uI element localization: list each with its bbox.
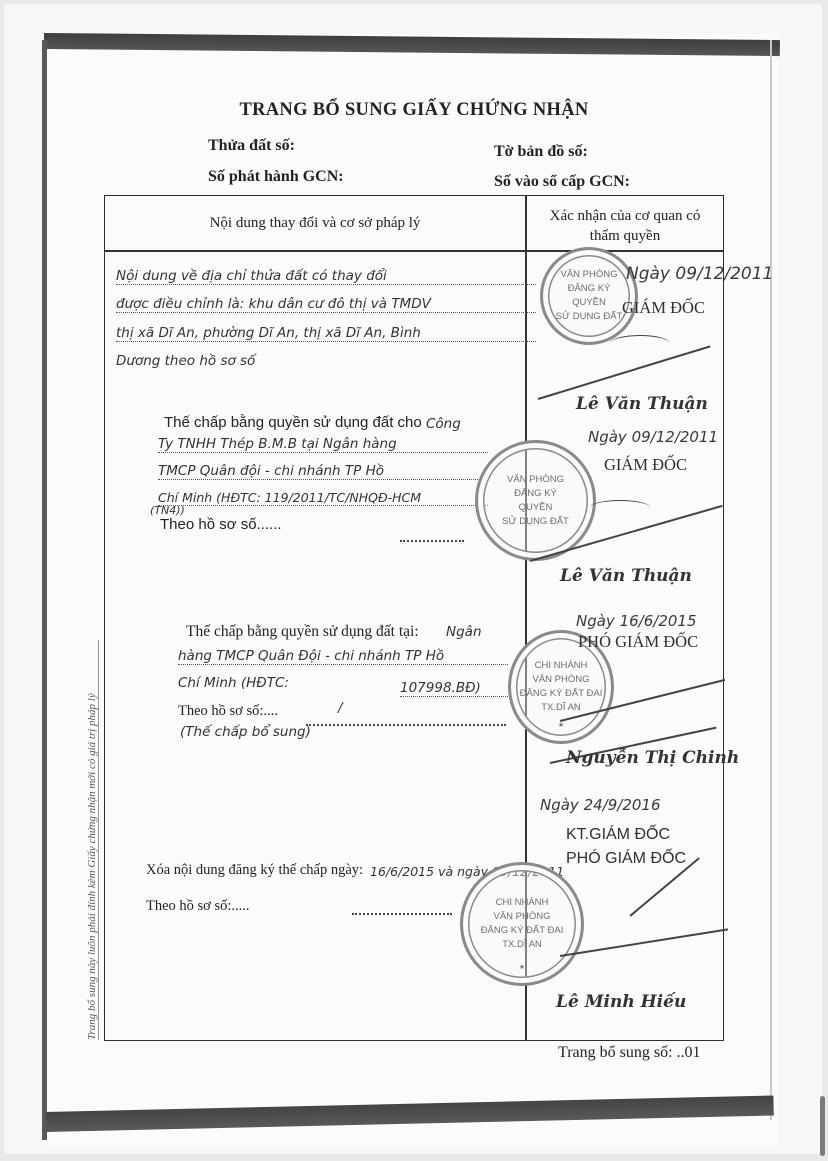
col-header-authority-line2: thẩm quyền xyxy=(527,226,723,246)
page-edge-left xyxy=(42,40,47,1140)
entry-4-signer: Lê Minh Hiếu xyxy=(556,992,686,1012)
entry-1-stamp-line: VĂN PHÒNG xyxy=(560,268,617,282)
entry-1-signature xyxy=(610,335,670,352)
field-to-ban-do-so: Tờ bản đồ số: xyxy=(494,143,588,161)
entry-1-line-2: được điều chỉnh là: khu dân cư đô thị và… xyxy=(116,296,536,313)
entry-3-theo-ho-so: Theo hồ sơ số:.... xyxy=(178,703,278,720)
scrollbar[interactable] xyxy=(820,1096,825,1156)
entry-3-title: PHÓ GIÁM ĐỐC xyxy=(578,632,698,652)
entry-2-signature xyxy=(590,500,650,515)
entry-1-line-3: thị xã Dĩ An, phường Dĩ An, thị xã Dĩ An… xyxy=(116,325,536,342)
entry-2-stamp-line: ĐĂNG KÝ xyxy=(514,487,557,501)
entry-2-line-1: Công xyxy=(426,416,461,432)
entry-1-signer: Lê Văn Thuận xyxy=(576,394,708,414)
entry-3-signer: Nguyễn Thị Chinh xyxy=(566,748,739,768)
entry-4-title-line2: PHÓ GIÁM ĐỐC xyxy=(566,850,686,868)
field-so-vao-so: Số vào sổ cấp GCN: xyxy=(494,173,630,191)
entry-3-stamp-line: CHI NHÁNH xyxy=(535,659,588,673)
entry-4-stamp-line: TX.DĨ AN xyxy=(502,938,542,952)
entry-3-note: (Thế chấp bổ sung) xyxy=(180,724,311,740)
page-number: Trang bổ sung số: ..01 xyxy=(558,1044,701,1062)
entry-2-date: Ngày 09/12/2011 xyxy=(588,428,718,446)
entry-1-title: GIÁM ĐỐC xyxy=(622,298,705,318)
entry-4-date: Ngày 24/9/2016 xyxy=(540,796,661,814)
field-thua-dat-so: Thửa đất số: xyxy=(208,137,295,155)
entry-1-stamp-line: QUYỀN xyxy=(572,296,606,310)
entry-4-stamp-line: VĂN PHÒNG xyxy=(493,910,550,924)
entry-2-line-4: Chí Minh (HĐTC: 119/2011/TC/NHQĐ-HCM xyxy=(158,490,488,506)
entry-1-stamp-line: ĐĂNG KÝ xyxy=(568,282,611,296)
entry-3-stamp-line: ĐĂNG KÝ ĐẤT ĐAI xyxy=(520,687,603,701)
entry-1-date: Ngày 09/12/2011 xyxy=(626,264,773,284)
document-title: TRANG BỔ SUNG GIẤY CHỨNG NHẬN xyxy=(0,100,828,121)
entry-4-dots xyxy=(352,913,452,915)
entry-1-stamp-line: SỬ DỤNG ĐẤT xyxy=(556,310,623,324)
entry-1-line-1: Nội dung về địa chỉ thửa đất có thay đổi xyxy=(116,268,536,285)
page-edge-right xyxy=(770,40,772,1120)
entry-2-stamp-line: SỬ DỤNG ĐẤT xyxy=(502,515,569,529)
entry-3-line-1: Ngân xyxy=(446,624,482,640)
entry-3-printed: Thế chấp bằng quyền sử dụng đất tại: xyxy=(186,623,419,641)
entry-2-stamp-line: QUYỀN xyxy=(519,501,553,515)
entry-4-theo-ho-so: Theo hồ sơ số:..... xyxy=(146,898,250,915)
entry-4-stamp-star: ★ xyxy=(463,961,581,975)
field-so-phat-hanh: Số phát hành GCN: xyxy=(208,168,344,186)
entry-1-stamp: VĂN PHÒNG ĐĂNG KÝ QUYỀN SỬ DỤNG ĐẤT xyxy=(540,247,638,345)
entry-4-stamp: CHI NHÁNH VĂN PHÒNG ĐĂNG KÝ ĐẤT ĐAI TX.D… xyxy=(460,862,584,986)
entry-3-line-2: hàng TMCP Quân Đội - chi nhánh TP Hồ xyxy=(178,648,508,665)
entry-4-title-line1: KT.GIÁM ĐỐC xyxy=(566,826,670,844)
col-header-authority-line1: Xác nhận của cơ quan có xyxy=(527,206,723,226)
entry-4-stamp-line: ĐĂNG KÝ ĐẤT ĐAI xyxy=(481,924,564,938)
header-divider xyxy=(105,250,723,252)
entry-2-printed: Thế chấp bằng quyền sử dụng đất cho xyxy=(164,414,422,431)
entry-2-theo-ho-so: Theo hồ sơ số...... xyxy=(160,516,282,533)
entry-2-line-3: TMCP Quân đội - chi nhánh TP Hồ xyxy=(158,463,488,480)
entry-2-signer: Lê Văn Thuận xyxy=(560,566,692,586)
entry-2-dots xyxy=(400,540,464,542)
entry-3-date: Ngày 16/6/2015 xyxy=(576,612,697,630)
entry-3-stamp-line: TX.DĨ AN xyxy=(541,701,581,715)
entry-3-line-4: 107998.BĐ) xyxy=(400,680,508,697)
col-header-content: Nội dung thay đổi và cơ sở pháp lý xyxy=(105,213,525,233)
entry-4-stamp-line: CHI NHÁNH xyxy=(496,896,549,910)
entry-3-line-3: Chí Minh (HĐTC: xyxy=(178,675,289,691)
side-note: Trang bổ sung này luôn phải đính kèm Giấ… xyxy=(86,693,98,1040)
entry-3-theo-ho-so-value: / xyxy=(338,700,343,716)
col-header-authority: Xác nhận của cơ quan có thẩm quyền xyxy=(527,206,723,246)
entry-3-stamp-line: VĂN PHÒNG xyxy=(532,673,589,687)
entry-2-stamp-line: VĂN PHÒNG xyxy=(507,473,564,487)
entry-2-title: GIÁM ĐỐC xyxy=(604,455,687,475)
entry-4-printed: Xóa nội dung đăng ký thế chấp ngày: xyxy=(146,862,363,879)
entry-1-line-4: Dương theo hồ sơ số xyxy=(116,353,255,369)
side-rule xyxy=(98,640,99,1040)
entry-3-dots xyxy=(306,724,506,726)
entry-2-stamp: VĂN PHÒNG ĐĂNG KÝ QUYỀN SỬ DỤNG ĐẤT xyxy=(475,440,596,561)
entry-2-line-2: Ty TNHH Thép B.M.B tại Ngân hàng xyxy=(158,436,488,453)
